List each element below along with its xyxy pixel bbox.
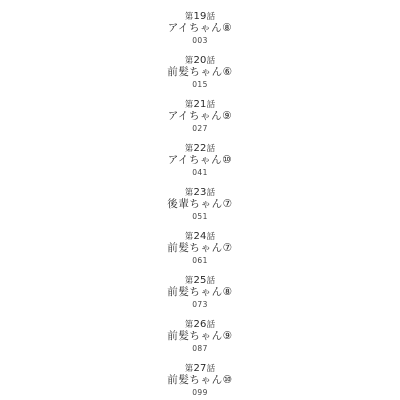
episode-label: 第20話 (0, 55, 400, 66)
page-number: 073 (0, 299, 400, 310)
episode-label: 第26話 (0, 319, 400, 330)
episode-title: アイちゃん⑩ (0, 154, 400, 167)
episode-title: 前髪ちゃん⑧ (0, 286, 400, 299)
page-number: 015 (0, 79, 400, 90)
episode-title: アイちゃん⑨ (0, 110, 400, 123)
episode-label: 第23話 (0, 187, 400, 198)
page-number: 027 (0, 123, 400, 134)
toc-entry[interactable]: 第26話 前髪ちゃん⑨ 087 (0, 319, 400, 363)
episode-title: 前髪ちゃん⑩ (0, 374, 400, 387)
episode-label: 第22話 (0, 143, 400, 154)
toc-entry[interactable]: 第19話 アイちゃん⑧ 003 (0, 11, 400, 55)
toc-entry[interactable]: 第25話 前髪ちゃん⑧ 073 (0, 275, 400, 319)
page-number: 003 (0, 35, 400, 46)
episode-label: 第19話 (0, 11, 400, 22)
toc-entry[interactable]: 第21話 アイちゃん⑨ 027 (0, 99, 400, 143)
page-number: 051 (0, 211, 400, 222)
toc-entry[interactable]: 第22話 アイちゃん⑩ 041 (0, 143, 400, 187)
episode-title: アイちゃん⑧ (0, 22, 400, 35)
episode-label: 第21話 (0, 99, 400, 110)
page-number: 061 (0, 255, 400, 266)
episode-title: 前髪ちゃん⑥ (0, 66, 400, 79)
toc-entry[interactable]: 第27話 前髪ちゃん⑩ 099 (0, 363, 400, 400)
episode-title: 後輩ちゃん⑦ (0, 198, 400, 211)
page-number: 041 (0, 167, 400, 178)
episode-label: 第24話 (0, 231, 400, 242)
page-number: 099 (0, 387, 400, 398)
toc-entry[interactable]: 第23話 後輩ちゃん⑦ 051 (0, 187, 400, 231)
toc-entry[interactable]: 第20話 前髪ちゃん⑥ 015 (0, 55, 400, 99)
episode-title: 前髪ちゃん⑦ (0, 242, 400, 255)
episode-label: 第27話 (0, 363, 400, 374)
page-number: 087 (0, 343, 400, 354)
table-of-contents: 第19話 アイちゃん⑧ 003 第20話 前髪ちゃん⑥ 015 第21話 アイち… (0, 11, 400, 400)
episode-title: 前髪ちゃん⑨ (0, 330, 400, 343)
episode-label: 第25話 (0, 275, 400, 286)
toc-entry[interactable]: 第24話 前髪ちゃん⑦ 061 (0, 231, 400, 275)
